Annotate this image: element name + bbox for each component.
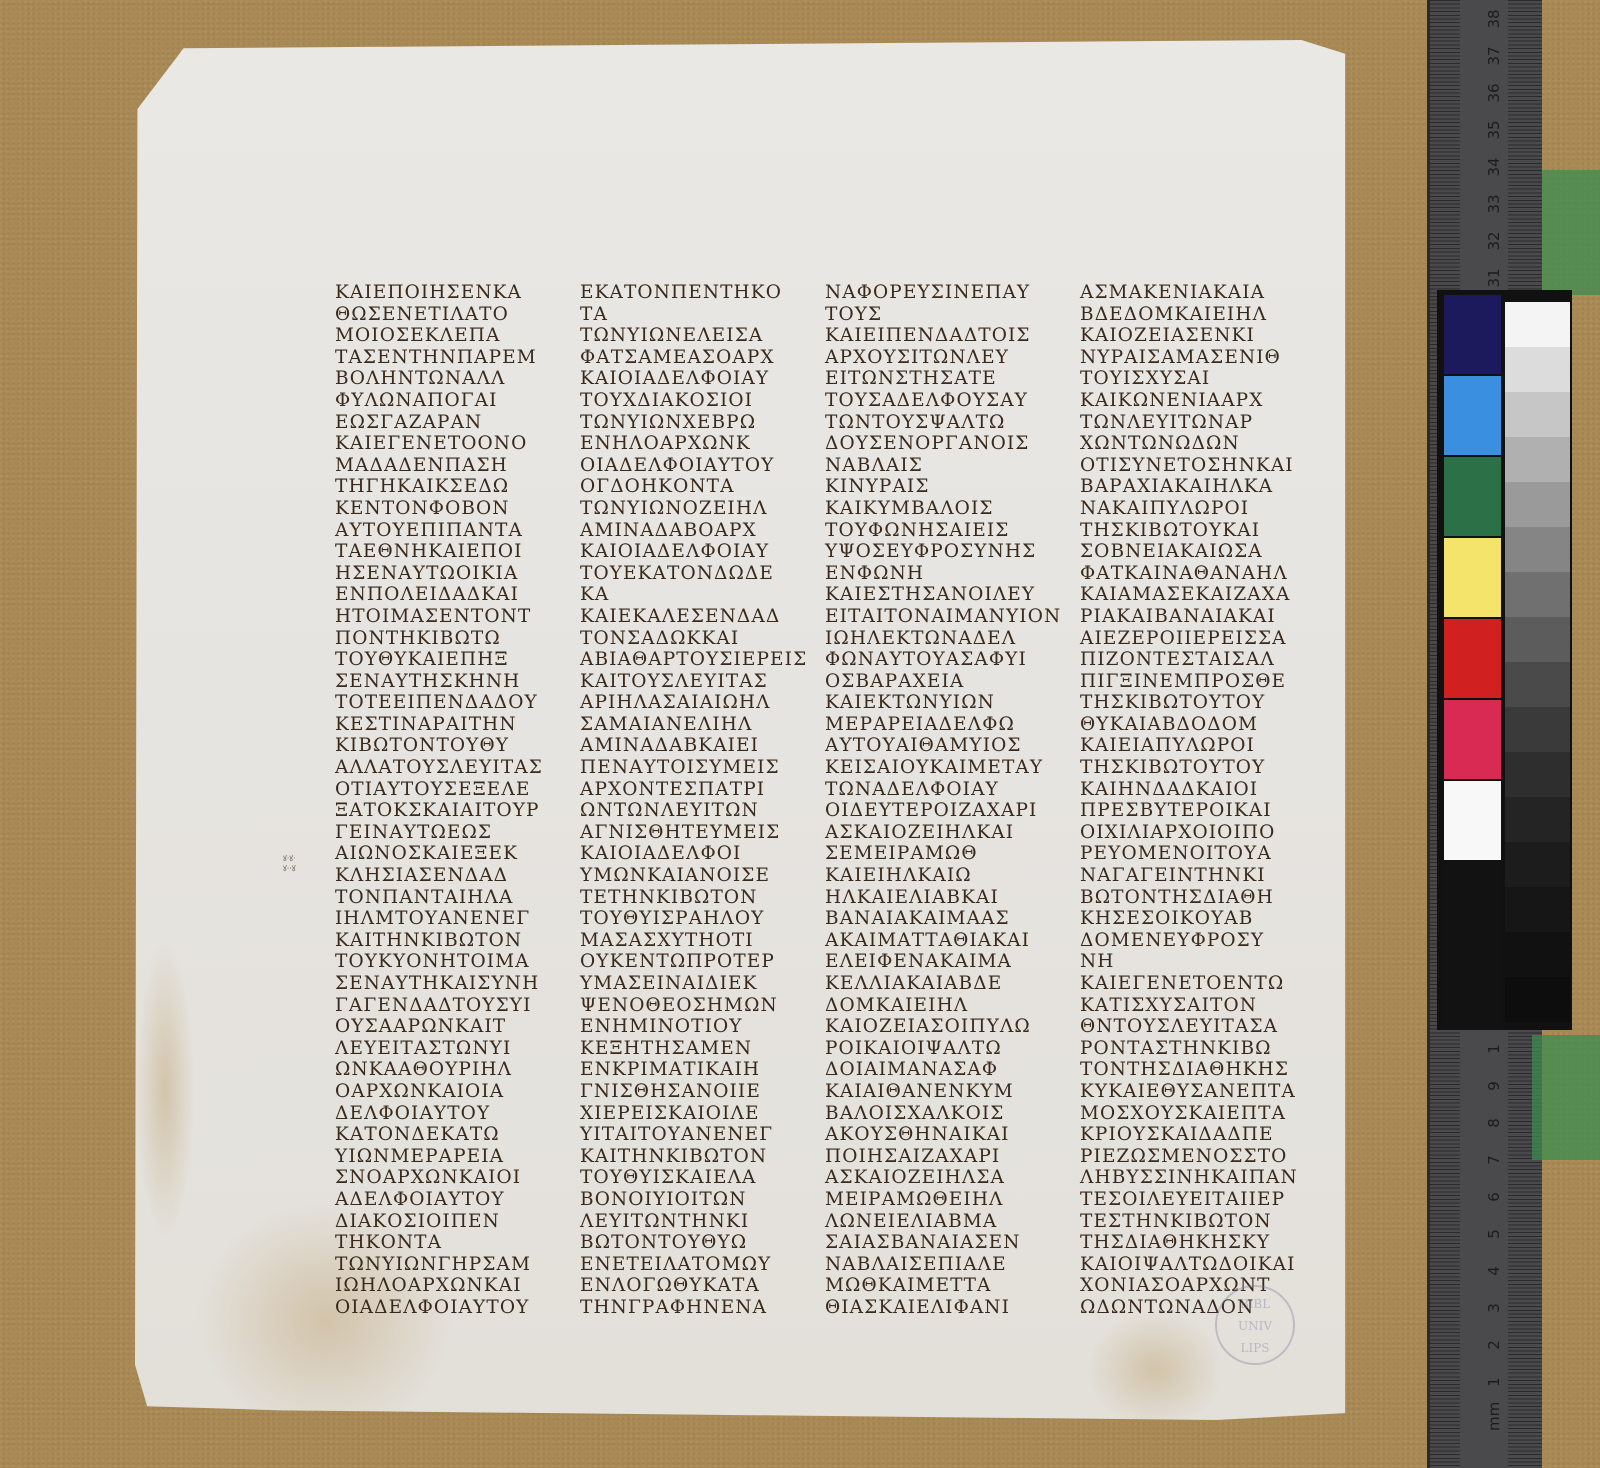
grayscale-patch [1505, 617, 1570, 662]
grayscale-patch [1505, 302, 1570, 347]
text-line: ΠΙΓΞΙΝΕΜΠΡΟΣΘΕ [1080, 671, 1298, 693]
text-line: ΚΗΣΕΣΟΙΚΟΥΑΒ [1080, 908, 1298, 930]
ruler-label: 34 [1485, 155, 1503, 179]
grayscale-patch [1505, 347, 1570, 392]
text-line: ΛΕΥΕΙΤΑΣΤΩΝΥΙ [335, 1038, 543, 1060]
ruler-label: 4 [1485, 1259, 1503, 1283]
ruler-label: 37 [1485, 44, 1503, 68]
text-line: ΟΙΧΙΛΙΑΡΧΟΙΟΙΠΟ [1080, 822, 1298, 844]
text-line: ΚΑΙΟΖΕΙΑΣΟΙΠΥΛΩ [825, 1016, 1061, 1038]
text-line: ΚΑΙΕΚΑΛΕΣΕΝΔΑΔ [580, 606, 807, 628]
text-line: ΒΟΛΗΝΤΩΝΑΛΛ [335, 368, 543, 390]
text-line: ΚΛΗΣΙΑΣΕΝΔΑΔ [335, 865, 543, 887]
text-line: ΣΑΜΑΙΑΝΕΛΙΗΛ [580, 714, 807, 736]
color-swatch [1444, 700, 1501, 779]
ruler-label: 6 [1485, 1185, 1503, 1209]
text-line: ΑΒΙΑΘΑΡΤΟΥΣΙΕΡΕΙΣ [580, 649, 807, 671]
text-line: ΤΩΝΛΕΥΙΤΩΝΑΡ [1080, 412, 1298, 434]
grayscale-patch [1505, 572, 1570, 617]
text-line: ΔΟΥΣΕΝΟΡΓΑΝΟΙΣ [825, 433, 1061, 455]
text-line: ΒΩΤΟΝΤΟΥΘΥΩ [580, 1232, 807, 1254]
text-line: ΑΚΟΥΣΘΗΝΑΙΚΑΙ [825, 1124, 1061, 1146]
text-line: ΚΡΙΟΥΣΚΑΙΔΑΔΠΕ [1080, 1124, 1298, 1146]
text-line: ΑΣΚΑΙΟΖΕΙΗΛΚΑΙ [825, 822, 1061, 844]
ruler-label: 35 [1485, 118, 1503, 142]
text-line: ΡΟΙΚΑΙΟΙΨΑΛΤΩ [825, 1038, 1061, 1060]
text-line: ΤΗΓΗΚΑΙΚΣΕΔΩ [335, 476, 543, 498]
text-line: ΦΥΛΩΝΑΠΟΓΑΙ [335, 390, 543, 412]
water-stain [135, 940, 195, 1240]
text-line: ΚΑΙΟΙΨΑΛΤΩΔΟΙΚΑΙ [1080, 1254, 1298, 1276]
text-line: ΤΑΕΘΝΗΚΑΙΕΠΟΙ [335, 541, 543, 563]
text-line: ΤΕΣΟΙΛΕΥΕΙΤΑΙΙΕΡ [1080, 1189, 1298, 1211]
text-line: ΥΙΩΝΜΕΡΑΡΕΙΑ [335, 1146, 543, 1168]
text-line: ΥΜΑΣΕΙΝΑΙΔΙΕΚ [580, 973, 807, 995]
text-line: ΒΑΝΑΙΑΚΑΙΜΑΑΣ [825, 908, 1061, 930]
text-line: ΚΙΝΥΡΑΙΣ [825, 476, 1061, 498]
ruler-label: 36 [1485, 81, 1503, 105]
text-line: ΚΑΙΑΙΘΑΝΕΝΚΥΜ [825, 1081, 1061, 1103]
text-line: ΚΑΙΕΠΟΙΗΣΕΝΚΑ [335, 282, 543, 304]
text-line: ΟΣΒΑΡΑΧΕΙΑ [825, 671, 1061, 693]
text-line: ΡΙΕΖΩΣΜΕΝΟΣΣΤΟ [1080, 1146, 1298, 1168]
text-line: ΜΕΡΑΡΕΙΑΔΕΛΦΩ [825, 714, 1061, 736]
text-line: ΚΑΙΕΙΠΕΝΔΑΔΤΟΙΣ [825, 325, 1061, 347]
text-line: ΤΑΣΕΝΤΗΝΠΑΡΕΜ [335, 347, 543, 369]
text-line: ΤΩΝΥΙΩΝΟΖΕΙΗΛ [580, 498, 807, 520]
text-line: ΚΙΒΩΤΟΝΤΟΥΘΥ [335, 735, 543, 757]
color-swatch [1444, 457, 1501, 536]
text-line: ΕΙΤΑΙΤΟΝΑΙΜΑΝΥΙΟΝ [825, 606, 1061, 628]
text-line: ΙΗΛΜΤΟΥΑΝΕΝΕΓ [335, 908, 543, 930]
stamp-line: UNIV [1217, 1315, 1293, 1337]
green-tape-top [1542, 170, 1600, 295]
text-line: ΥΙΤΑΙΤΟΥΑΝΕΝΕΓ [580, 1124, 807, 1146]
grayscale-patch [1505, 482, 1570, 527]
text-line: ΥΜΩΝΚΑΙΑΝΟΙΣΕ [580, 865, 807, 887]
text-line: ΜΟΙΟΣΕΚΛΕΠΑ [335, 325, 543, 347]
text-line: ΕΝΕΤΕΙΛΑΤΟΜΩΥ [580, 1254, 807, 1276]
text-line: ΤΟΝΣΑΔΩΚΚΑΙ [580, 628, 807, 650]
text-line: ΚΑΙΕΣΤΗΣΑΝΟΙΛΕΥ [825, 584, 1061, 606]
text-column-4: ΑΣΜΑΚΕΝΙΑΚΑΙΑΒΔΕΔΟΜΚΑΙΕΙΗΛΚΑΙΟΖΕΙΑΣΕΝΚΙΝ… [1080, 282, 1298, 1319]
text-line: ΟΓΔΟΗΚΟΝΤΑ [580, 476, 807, 498]
ruler-label: 31 [1485, 266, 1503, 290]
text-line: ΚΑΙΑΜΑΣΕΚΑΙΖΑΧΑ [1080, 584, 1298, 606]
text-line: ΤΟΥΕΚΑΤΟΝΔΩΔΕ [580, 563, 807, 585]
text-line: ΨΕΝΟΘΕΟΣΗΜΩΝ [580, 995, 807, 1017]
text-line: ΤΟΥΣ [825, 304, 1061, 326]
grayscale-patch [1505, 527, 1570, 572]
color-swatch [1444, 619, 1501, 698]
text-line: ΗΣΕΝΑΥΤΩΟΙΚΙΑ [335, 563, 543, 585]
text-line: ΚΑ [580, 584, 807, 606]
text-line: ΑΣΜΑΚΕΝΙΑΚΑΙΑ [1080, 282, 1298, 304]
text-line: ΟΙΑΔΕΛΦΟΙΑΥΤΟΥ [580, 455, 807, 477]
grayscale-patch [1505, 932, 1570, 977]
text-line: ΟΤΙΑΥΤΟΥΣΕΞΕΛΕ [335, 779, 543, 801]
text-line: ΝΑΚΑΙΠΥΛΩΡΟΙ [1080, 498, 1298, 520]
text-line: ΤΟΥΘΥΚΑΙΕΠΗΞ [335, 649, 543, 671]
ruler-label: 1 [1485, 1370, 1503, 1394]
text-line: ΩΝΚΑΑΘΟΥΡΙΗΛ [335, 1059, 543, 1081]
text-line: ΔΟΙΑΙΜΑΝΑΣΑΦ [825, 1059, 1061, 1081]
text-line: ΓΝΙΣΘΗΣΑΝΟΙΙΕ [580, 1081, 807, 1103]
text-line: ΓΕΙΝΑΥΤΩΕΩΣ [335, 822, 543, 844]
text-line: ΚΕΞΗΤΗΣΑΜΕΝ [580, 1038, 807, 1060]
text-line: ΔΕΛΦΟΙΑΥΤΟΥ [335, 1103, 543, 1125]
color-swatch [1444, 781, 1501, 860]
text-line: ΤΟΝΠΑΝΤΑΙΗΛΑ [335, 887, 543, 909]
text-line: ΤΗΣΚΙΒΩΤΟΥΤΟΥ [1080, 692, 1298, 714]
text-line: ΤΗΣΚΙΒΩΤΟΥΚΑΙ [1080, 520, 1298, 542]
text-line: ΔΟΜΚΑΙΕΙΗΛ [825, 995, 1061, 1017]
ruler-label: 32 [1485, 229, 1503, 253]
text-line: ΣΕΝΑΥΤΗΚΑΙΣΥΝΗ [335, 973, 543, 995]
text-line: ΑΙΕΖΕΡΟΙΙΕΡΕΙΣΣΑ [1080, 628, 1298, 650]
text-line: ΠΡΕΣΒΥΤΕΡΟΙΚΑΙ [1080, 800, 1298, 822]
color-swatch [1444, 295, 1501, 374]
text-line: ΠΕΝΑΥΤΟΙΣΥΜΕΙΣ [580, 757, 807, 779]
water-stain [1085, 1310, 1225, 1430]
color-calibration-card [1437, 290, 1572, 1030]
text-line: ΚΥΚΑΙΕΘΥΣΑΝΕΠΤΑ [1080, 1081, 1298, 1103]
text-line: ΕΩΣΓΑΖΑΡΑΝ [335, 412, 543, 434]
text-line: ΝΗ [1080, 951, 1298, 973]
text-line: ΚΑΙΚΩΝΕΝΙΑΑΡΧ [1080, 390, 1298, 412]
text-line: ΑΥΤΟΥΕΠΙΠΑΝΤΑ [335, 520, 543, 542]
text-line: ΕΝΗΜΙΝΟΤΙΟΥ [580, 1016, 807, 1038]
text-line: ΤΗΝΓΡΑΦΗΝΕΝΑ [580, 1297, 807, 1319]
text-line: ΛΗΒΥΣΣΙΝΗΚΑΙΠΑΝ [1080, 1167, 1298, 1189]
grayscale-patch [1505, 707, 1570, 752]
marginal-note: ꙋ·ꙋ· ꙋ··ꙋ [283, 854, 296, 874]
text-line: ΟΙΔΕΥΤΕΡΟΙΖΑΧΑΡΙ [825, 800, 1061, 822]
text-line: ΠΙΖΟΝΤΕΣΤΑΙΣΑΛ [1080, 649, 1298, 671]
manuscript-leaf: ΚΑΙΕΠΟΙΗΣΕΝΚΑΘΩΣΕΝΕΤΙΛΑΤΟΜΟΙΟΣΕΚΛΕΠΑΤΑΣΕ… [135, 40, 1350, 1420]
text-line: ΦΑΤΚΑΙΝΑΘΑΝΑΗΛ [1080, 563, 1298, 585]
text-line: ΝΥΡΑΙΣΑΜΑΣΕΝΙΘ [1080, 347, 1298, 369]
text-line: ΤΩΝΑΔΕΛΦΟΙΑΥ [825, 779, 1061, 801]
ruler-label: 3 [1485, 1296, 1503, 1320]
text-line: ΟΥΣΑΑΡΩΝΚΑΙΤ [335, 1016, 543, 1038]
library-stamp: BIBL UNIV LIPS [1215, 1285, 1295, 1365]
text-line: ΙΩΗΛΕΚΤΩΝΑΔΕΛ [825, 628, 1061, 650]
text-line: ΑΔΕΛΦΟΙΑΥΤΟΥ [335, 1189, 543, 1211]
text-line: ΤΟΥΘΥΙΣΚΑΙΕΛΑ [580, 1167, 807, 1189]
text-line: ΕΝΠΟΛΕΙΔΑΔΚΑΙ [335, 584, 543, 606]
grayscale-patch [1505, 752, 1570, 797]
text-line: ΑΡΧΟΝΤΕΣΠΑΤΡΙ [580, 779, 807, 801]
grayscale-patch [1505, 887, 1570, 932]
text-line: ΚΕΛΛΙΑΚΑΙΑΒΔΕ [825, 973, 1061, 995]
text-line: ΤΩΝΥΙΩΝΧΕΒΡΩ [580, 412, 807, 434]
text-line: ΣΑΙΑΣΒΑΝΑΙΑΣΕΝ [825, 1232, 1061, 1254]
text-line: ΣΕΜΕΙΡΑΜΩΘ [825, 843, 1061, 865]
text-line: ΕΚΑΤΟΝΠΕΝΤΗΚΟ [580, 282, 807, 304]
text-line: ΓΑΓΕΝΔΑΔΤΟΥΣΥΙ [335, 995, 543, 1017]
text-line: ΚΑΙΤΟΥΣΛΕΥΙΤΑΣ [580, 671, 807, 693]
text-line: ΛΩΝΕΙΕΛΙΑΒΜΑ [825, 1211, 1061, 1233]
text-line: ΚΑΙΤΗΝΚΙΒΩΤΟΝ [335, 930, 543, 952]
green-tape-bottom [1532, 1035, 1600, 1160]
ruler-label: 38 [1485, 7, 1503, 31]
text-line: ΤΟΥΦΩΝΗΣΑΙΕΙΣ [825, 520, 1061, 542]
text-line: ΚΑΙΟΖΕΙΑΣΕΝΚΙ [1080, 325, 1298, 347]
text-line: ΘΥΚΑΙΑΒΔΟΔΟΜ [1080, 714, 1298, 736]
color-swatch [1444, 538, 1501, 617]
text-line: ΑΛΛΑΤΟΥΣΛΕΥΙΤΑΣ [335, 757, 543, 779]
text-line: ΑΡΙΗΛΑΣΑΙΑΙΩΗΛ [580, 692, 807, 714]
text-line: ΚΑΙΕΓΕΝΕΤΟΟΝΟ [335, 433, 543, 455]
text-line: ΚΑΙΟΙΑΔΕΛΦΟΙ [580, 843, 807, 865]
text-line: ΟΤΙΣΥΝΕΤΟΣΗΝΚΑΙ [1080, 455, 1298, 477]
text-line: ΚΕΝΤΟΝΦΟΒΟΝ [335, 498, 543, 520]
ruler-label: 1 [1485, 1037, 1503, 1061]
text-line: ΤΟΥΘΥΙΣΡΑΗΛΟΥ [580, 908, 807, 930]
text-line: ΒΩΤΟΝΤΗΣΔΙΑΘΗ [1080, 887, 1298, 909]
text-line: ΑΥΤΟΥΑΙΘΑΜΥΙΟΣ [825, 735, 1061, 757]
text-line: ΤΑ [580, 304, 807, 326]
text-line: ΚΑΙΟΙΑΔΕΛΦΟΙΑΥ [580, 368, 807, 390]
ruler-label: mm [1485, 1407, 1503, 1431]
stamp-line: LIPS [1217, 1337, 1293, 1359]
text-line: ΜΑΣΑΣΧΥΤΗΟΤΙ [580, 930, 807, 952]
text-line: ΤΗΚΟΝΤΑ [335, 1232, 543, 1254]
text-line: ΝΑΒΛΑΙΣΕΠΙΑΛΕ [825, 1254, 1061, 1276]
text-line: ΩΝΤΩΝΛΕΥΙΤΩΝ [580, 800, 807, 822]
text-line: ΚΑΤΙΣΧΥΣΑΙΤΟΝ [1080, 995, 1298, 1017]
color-swatch [1444, 376, 1501, 455]
text-line: ΑΣΚΑΙΟΖΕΙΗΛΣΑ [825, 1167, 1061, 1189]
ruler-label: 5 [1485, 1222, 1503, 1246]
text-line: ΛΕΥΙΤΩΝΤΗΝΚΙ [580, 1211, 807, 1233]
text-line: ΧΙΕΡΕΙΣΚΑΙΟΙΛΕ [580, 1103, 807, 1125]
text-line: ΒΑΡΑΧΙΑΚΑΙΗΛΚΑ [1080, 476, 1298, 498]
text-line: ΕΝΚΡΙΜΑΤΙΚΑΙΗ [580, 1059, 807, 1081]
text-line: ΤΕΣΤΗΝΚΙΒΩΤΟΝ [1080, 1211, 1298, 1233]
text-line: ΜΟΣΧΟΥΣΚΑΙΕΠΤΑ [1080, 1103, 1298, 1125]
text-line: ΑΚΑΙΜΑΤΤΑΘΙΑΚΑΙ [825, 930, 1061, 952]
text-line: ΔΟΜΕΝΕΥΦΡΟΣΥ [1080, 930, 1298, 952]
text-line: ΝΑΒΛΑΙΣ [825, 455, 1061, 477]
text-line: ΡΟΝΤΑΣΤΗΝΚΙΒΩ [1080, 1038, 1298, 1060]
text-line: ΘΩΣΕΝΕΤΙΛΑΤΟ [335, 304, 543, 326]
text-line: ΤΟΝΤΗΣΔΙΑΘΗΚΗΣ [1080, 1059, 1298, 1081]
text-column-2: ΕΚΑΤΟΝΠΕΝΤΗΚΟΤΑΤΩΝΥΙΩΝΕΛΕΙΣΑΦΑΤΣΑΜΕΑΣΟΑΡ… [580, 282, 807, 1319]
text-line: ΤΟΥΚΥΟΝΗΤΟΙΜΑ [335, 951, 543, 973]
text-line: ΑΙΩΝΟΣΚΑΙΕΞΕΚ [335, 843, 543, 865]
text-line: ΚΑΙΕΙΑΠΥΛΩΡΟΙ [1080, 735, 1298, 757]
text-line: ΑΓΝΙΣΘΗΤΕΥΜΕΙΣ [580, 822, 807, 844]
text-line: ΘΝΤΟΥΣΛΕΥΙΤΑΣΑ [1080, 1016, 1298, 1038]
grayscale-patch [1505, 797, 1570, 842]
text-line: ΚΑΙΤΗΝΚΙΒΩΤΟΝ [580, 1146, 807, 1168]
text-line: ΤΟΤΕΕΙΠΕΝΔΑΔΟΥ [335, 692, 543, 714]
text-line: ΤΕΤΗΝΚΙΒΩΤΟΝ [580, 887, 807, 909]
text-line: ΠΟΝΤΗΚΙΒΩΤΩ [335, 628, 543, 650]
text-line: ΡΕΥΟΜΕΝΟΙΤΟΥΑ [1080, 843, 1298, 865]
text-line: ΚΑΙΟΙΑΔΕΛΦΟΙΑΥ [580, 541, 807, 563]
text-line: ΒΔΕΔΟΜΚΑΙΕΙΗΛ [1080, 304, 1298, 326]
marginal-note-line: ꙋ·ꙋ· [283, 854, 296, 864]
grayscale-patch [1505, 842, 1570, 887]
text-line: ΗΛΚΑΙΕΛΙΑΒΚΑΙ [825, 887, 1061, 909]
grayscale-patch [1505, 437, 1570, 482]
text-line: ΥΨΟΣΕΥΦΡΟΣΥΝΗΣ [825, 541, 1061, 563]
text-line: ΝΑΓΑΓΕΙΝΤΗΝΚΙ [1080, 865, 1298, 887]
text-line: ΑΜΙΝΑΔΑΒΟΑΡΧ [580, 520, 807, 542]
text-column-3: ΝΑΦΟΡΕΥΣΙΝΕΠΑΥΤΟΥΣΚΑΙΕΙΠΕΝΔΑΔΤΟΙΣΑΡΧΟΥΣΙ… [825, 282, 1061, 1319]
text-line: ΒΑΛΟΙΣΧΑΛΚΟΙΣ [825, 1103, 1061, 1125]
text-line: ΗΤΟΙΜΑΣΕΝΤΟΝΤ [335, 606, 543, 628]
text-line: ΙΩΗΛΟΑΡΧΩΝΚΑΙ [335, 1275, 543, 1297]
text-line: ΚΕΣΤΙΝΑΡΑΙΤΗΝ [335, 714, 543, 736]
text-line: ΣΝΟΑΡΧΩΝΚΑΙΟΙ [335, 1167, 543, 1189]
text-line: ΤΟΥΙΣΧΥΣΑΙ [1080, 368, 1298, 390]
ruler-label: 9 [1485, 1074, 1503, 1098]
text-line: ΤΩΝΤΟΥΣΨΑΛΤΩ [825, 412, 1061, 434]
ruler-label: 7 [1485, 1148, 1503, 1172]
text-line: ΕΛΕΙΦΕΝΑΚΑΙΜΑ [825, 951, 1061, 973]
text-line: ΚΑΙΗΝΔΑΔΚΑΙΟΙ [1080, 779, 1298, 801]
text-line: ΔΙΑΚΟΣΙΟΙΠΕΝ [335, 1211, 543, 1233]
text-line: ΠΟΙΗΣΑΙΖΑΧΑΡΙ [825, 1146, 1061, 1168]
text-line: ΕΝΗΛΟΑΡΧΩΝΚ [580, 433, 807, 455]
text-line: ΧΩΝΤΩΝΩΔΩΝ [1080, 433, 1298, 455]
text-line: ΕΝΛΟΓΩΘΥΚΑΤΑ [580, 1275, 807, 1297]
text-line: ΤΗΣΔΙΑΘΗΚΗΣΚΥ [1080, 1232, 1298, 1254]
text-line: ΟΙΑΔΕΛΦΟΙΑΥΤΟΥ [335, 1297, 543, 1319]
color-swatch [1444, 862, 1501, 1027]
text-line: ΚΕΙΣΑΙΟΥΚΑΙΜΕΤΑΥ [825, 757, 1061, 779]
text-line: ΣΕΝΑΥΤΗΣΚΗΝΗ [335, 671, 543, 693]
text-line: ΚΑΙΚΥΜΒΑΛΟΙΣ [825, 498, 1061, 520]
text-line: ΝΑΦΟΡΕΥΣΙΝΕΠΑΥ [825, 282, 1061, 304]
grayscale-patch [1505, 977, 1570, 1022]
text-line: ΤΩΝΥΙΩΝΕΛΕΙΣΑ [580, 325, 807, 347]
stamp-line: BIBL [1217, 1293, 1293, 1315]
text-line: ΦΑΤΣΑΜΕΑΣΟΑΡΧ [580, 347, 807, 369]
text-line: ΑΡΧΟΥΣΙΤΩΝΛΕΥ [825, 347, 1061, 369]
text-line: ΕΙΤΩΝΣΤΗΣΑΤΕ [825, 368, 1061, 390]
text-line: ΚΑΤΟΝΔΕΚΑΤΩ [335, 1124, 543, 1146]
text-line: ΑΜΙΝΑΔΑΒΚΑΙΕΙ [580, 735, 807, 757]
marginal-note-line: ꙋ··ꙋ [283, 864, 296, 874]
text-line: ΞΑΤΟΚΣΚΑΙΑΙΤΟΥΡ [335, 800, 543, 822]
text-line: ΚΑΙΕΚΤΩΝΥΙΩΝ [825, 692, 1061, 714]
text-line: ΟΑΡΧΩΝΚΑΙΟΙΑ [335, 1081, 543, 1103]
text-line: ΟΥΚΕΝΤΩΠΡΟΤΕΡ [580, 951, 807, 973]
text-line: ΤΟΥΣΑΔΕΛΦΟΥΣΑΥ [825, 390, 1061, 412]
text-line: ΜΑΔΑΔΕΝΠΑΣΗ [335, 455, 543, 477]
text-line: ΚΑΙΕΙΗΛΚΑΙΩ [825, 865, 1061, 887]
text-line: ΡΙΑΚΑΙΒΑΝΑΙΑΚΑΙ [1080, 606, 1298, 628]
ruler-label: 33 [1485, 192, 1503, 216]
text-line: ΣΟΒΝΕΙΑΚΑΙΩΣΑ [1080, 541, 1298, 563]
text-line: ΕΝΦΩΝΗ [825, 563, 1061, 585]
text-line: ΒΟΝΟΙΥΙΟΙΤΩΝ [580, 1189, 807, 1211]
text-line: ΘΙΑΣΚΑΙΕΛΙΦΑΝΙ [825, 1297, 1061, 1319]
ruler-label: 8 [1485, 1111, 1503, 1135]
text-line: ΤΗΣΚΙΒΩΤΟΥΤΟΥ [1080, 757, 1298, 779]
text-line: ΜΕΙΡΑΜΩΘΕΙΗΛ [825, 1189, 1061, 1211]
text-line: ΤΩΝΥΙΩΝΓΗΡΣΑΜ [335, 1254, 543, 1276]
ruler-label: 2 [1485, 1333, 1503, 1357]
text-line: ΜΩΘΚΑΙΜΕΤΤΑ [825, 1275, 1061, 1297]
grayscale-patch [1505, 392, 1570, 437]
text-line: ΦΩΝΑΥΤΟΥΑΣΑΦΥΙ [825, 649, 1061, 671]
grayscale-patch [1505, 662, 1570, 707]
text-column-1: ΚΑΙΕΠΟΙΗΣΕΝΚΑΘΩΣΕΝΕΤΙΛΑΤΟΜΟΙΟΣΕΚΛΕΠΑΤΑΣΕ… [335, 282, 543, 1319]
text-line: ΤΟΥΧΔΙΑΚΟΣΙΟΙ [580, 390, 807, 412]
text-line: ΚΑΙΕΓΕΝΕΤΟΕΝΤΩ [1080, 973, 1298, 995]
